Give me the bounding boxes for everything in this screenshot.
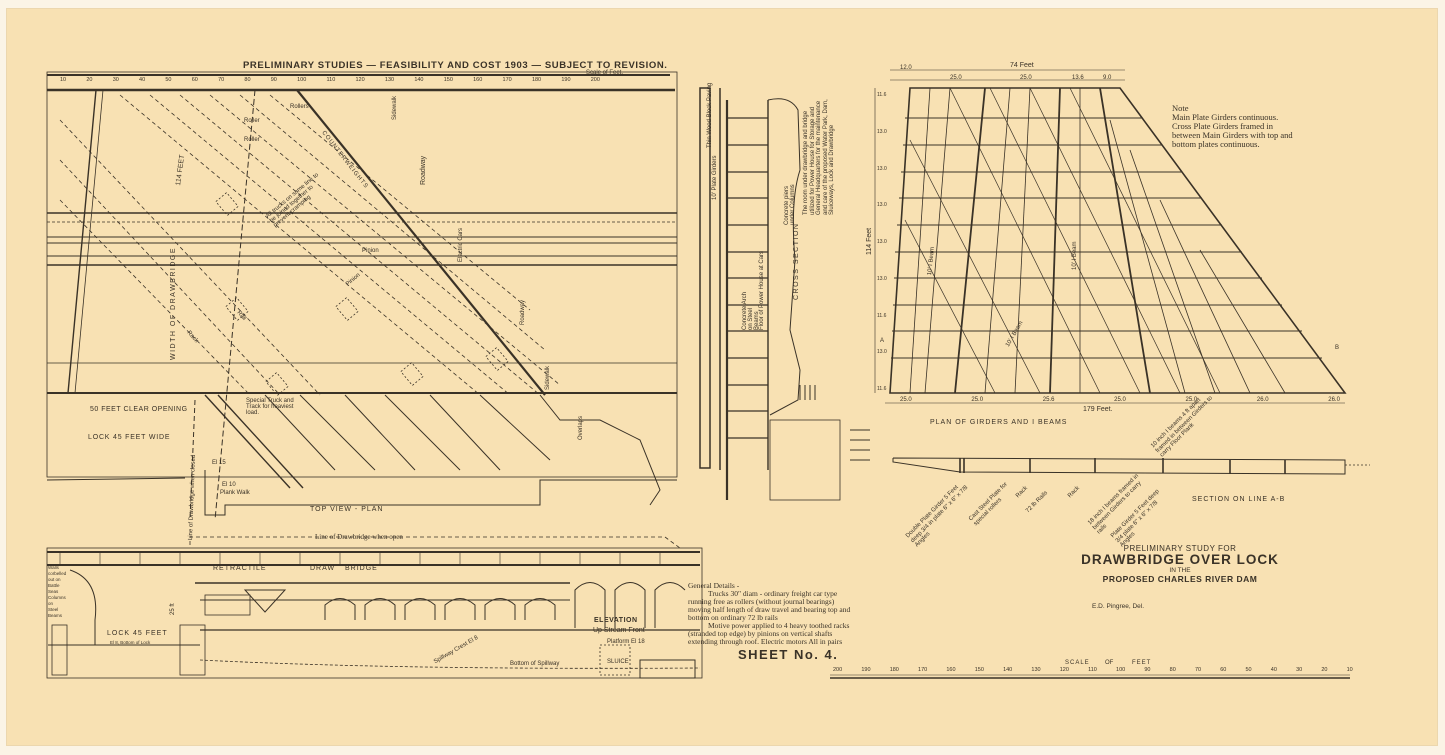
label-sluice: SLUICE	[607, 659, 629, 665]
scale-tick: 170	[503, 77, 512, 83]
left-dim-seg: 13.0	[877, 276, 887, 282]
bottom-dim-seg: 25.0	[971, 397, 983, 403]
label-lock-45: LOCK 45 FEET	[107, 630, 168, 637]
scale-tick: 150	[444, 77, 453, 83]
label-roller-1: Roller	[244, 118, 260, 124]
top-dim-seg-5: 9.0	[1103, 75, 1111, 81]
label-plank-walk: Plank Walk	[220, 490, 250, 496]
label-bridge: BRIDGE	[345, 565, 378, 572]
label-el-15: El 15	[212, 460, 226, 466]
label-electric-cars: Electric Cars	[458, 228, 464, 262]
left-dim-segments: 11.6 13.0 13.0 13.0 13.0 13.0 11.6 13.0 …	[877, 92, 887, 392]
sheet-number: SHEET No. 4.	[738, 647, 838, 662]
scale-tick: 140	[1003, 667, 1012, 673]
label-lock-width: LOCK 45 FEET WIDE	[88, 434, 170, 441]
scale-tick: 40	[139, 77, 145, 83]
scale-tick: 20	[86, 77, 92, 83]
point-a: A	[880, 338, 884, 344]
scale-tick: 110	[1088, 667, 1097, 673]
left-dim-seg: 13.0	[877, 166, 887, 172]
scale-tick: 160	[473, 77, 482, 83]
top-scale-ticks: 10 20 30 40 50 60 70 80 90 100 110 120 1…	[60, 77, 600, 83]
scale-tick: 100	[297, 77, 306, 83]
label-special-truck: Special Truck and Track for heaviest loa…	[246, 398, 306, 416]
left-dim-seg: 11.6	[877, 386, 887, 392]
scale-tick: 190	[861, 667, 870, 673]
label-retractile: RETRACTILE	[213, 565, 267, 572]
scale-tick: 180	[532, 77, 541, 83]
scale-tick: 110	[327, 77, 336, 83]
elevation-subtitle: Up Stream Front	[593, 627, 645, 634]
scale-tick: 90	[1144, 667, 1150, 673]
title-block: PRELIMINARY STUDY FOR DRAWBRIDGE OVER LO…	[1080, 544, 1280, 584]
label-wood-paving: Thin Wood Block Paving	[707, 83, 713, 148]
scale-tick: 150	[975, 667, 984, 673]
top-view-title: TOP VIEW - PLAN	[310, 506, 383, 513]
scale-tick: 170	[918, 667, 927, 673]
scale-of-feet-label: Scale of Feet.	[586, 70, 623, 76]
title-line-2: DRAWBRIDGE OVER LOCK	[1080, 553, 1280, 567]
bottom-dim-seg: 25.6	[1043, 397, 1055, 403]
scale-tick: 160	[946, 667, 955, 673]
bottom-scale-ticks: 200 190 180 170 160 150 140 130 120 110 …	[833, 667, 1353, 673]
elevation-title: ELEVATION	[594, 617, 638, 624]
label-draw: DRAW	[310, 565, 335, 572]
scale-tick: 30	[113, 77, 119, 83]
bottom-dim-seg: 26.0	[1328, 397, 1340, 403]
section-ab-title: SECTION ON LINE A-B	[1192, 496, 1285, 503]
label-sidewalk-bottom: Sidewalk	[545, 366, 551, 390]
note-line: bottom plates continuous.	[1172, 140, 1302, 149]
scale-tick: 60	[192, 77, 198, 83]
label-el-lock: El 8, Bottom of Lock	[110, 640, 150, 645]
scale-tick: 140	[414, 77, 423, 83]
scale-tick: 180	[890, 667, 899, 673]
scale-tick: 10	[60, 77, 66, 83]
scale-tick: 70	[1195, 667, 1201, 673]
label-roller-2: Roller	[244, 137, 260, 143]
scale-tick: 10	[1347, 667, 1353, 673]
scale-tick: 90	[271, 77, 277, 83]
bottom-dim-seg: 26.0	[1257, 397, 1269, 403]
label-bottom-spillway: Bottom of Spillway	[510, 661, 559, 667]
label-roadway-mid: Roadway	[520, 300, 526, 325]
bottom-dim-segments: 25.0 25.0 25.6 25.0 25.0 26.0 26.0	[900, 397, 1340, 403]
top-dim-overall: 74 Feet	[1010, 62, 1034, 69]
scale-tick: 200	[833, 667, 842, 673]
top-dim-seg-3: 25.0	[1020, 75, 1032, 81]
label-concrete-piers: Concrete piers under Columns	[784, 180, 796, 225]
scale-tick: 120	[356, 77, 365, 83]
point-b: B	[1335, 345, 1339, 351]
label-rollers: Rollers	[290, 104, 309, 110]
label-width-of-drawbridge: WIDTH OF DRAWBRIDGE	[170, 247, 177, 360]
bottom-scale-label-scale: SCALE	[1065, 660, 1090, 666]
left-dim-seg: 11.6	[877, 92, 887, 98]
scale-tick: 130	[385, 77, 394, 83]
girder-plan-title: PLAN OF GIRDERS AND I BEAMS	[930, 419, 1067, 426]
left-dim-seg: 13.0	[877, 202, 887, 208]
label-plate-girders: 10' Plate Girders	[712, 156, 718, 201]
scale-tick: 120	[1060, 667, 1069, 673]
scale-tick: 40	[1271, 667, 1277, 673]
left-dim-overall: 114 Feet	[866, 228, 873, 255]
left-dim-seg: 11.6	[877, 313, 887, 319]
label-walls-note: Walls corbelled out on Battle Seas Colum…	[48, 565, 62, 619]
bottom-dim-seg: 25.0	[1114, 397, 1126, 403]
top-dim-seg-4: 13.6	[1072, 75, 1084, 81]
label-height-25: 25 ft	[170, 603, 176, 615]
label-pinion: Pinion	[362, 248, 379, 254]
title-line-4: PROPOSED CHARLES RIVER DAM	[1080, 574, 1280, 584]
scale-tick: 70	[218, 77, 224, 83]
scale-tick: 80	[244, 77, 250, 83]
label-platform: Platform El 18	[607, 639, 645, 645]
scale-tick: 30	[1296, 667, 1302, 673]
label-roadway-top: Roadway	[420, 156, 427, 185]
label-overlaps: Overlaps	[578, 416, 584, 440]
scale-tick: 100	[1116, 667, 1125, 673]
general-details: General Details - Trucks 30" diam - ordi…	[688, 582, 853, 646]
bottom-dim-overall: 179 Feet.	[1083, 406, 1113, 413]
label-floor-power-house: Floor of Power House at Cars	[759, 251, 765, 330]
delineator: E.D. Pingree, Del.	[1092, 603, 1144, 610]
scale-tick: 50	[1246, 667, 1252, 673]
scale-tick: 20	[1321, 667, 1327, 673]
scale-tick: 200	[591, 77, 600, 83]
label-line-drawbridge-open: Line of Drawbridge when open	[315, 533, 403, 541]
label-i-beam-2: 10' I Beam	[1072, 242, 1078, 271]
left-dim-seg: 13.0	[877, 239, 887, 245]
bottom-scale-label-of: OF	[1105, 660, 1113, 666]
label-sidewalk-top: Sidewalk	[392, 96, 398, 120]
top-dim-seg-2: 25.0	[950, 75, 962, 81]
scale-tick: 80	[1170, 667, 1176, 673]
scale-tick: 60	[1220, 667, 1226, 673]
bottom-dim-seg: 25.0	[900, 397, 912, 403]
bottom-scale-label-feet: FEET	[1132, 660, 1151, 666]
left-dim-seg: 13.0	[877, 349, 887, 355]
title-line-3: IN THE	[1080, 567, 1280, 574]
label-el-10: El 10	[222, 482, 236, 488]
scale-tick: 130	[1031, 667, 1040, 673]
label-room-note: The room under drawbridge and bridge uti…	[803, 95, 836, 215]
label-concrete-arch: Concrete Arch on Steel Beams	[742, 290, 760, 330]
general-details-para-2: Motive power applied to 4 heavy toothed …	[688, 622, 853, 646]
scale-tick: 190	[561, 77, 570, 83]
general-details-para-1: Trucks 30" diam - ordinary freight car t…	[688, 590, 853, 622]
label-clear-opening: 50 FEET CLEAR OPENING	[90, 406, 188, 413]
top-dim-seg-1: 12.0	[900, 65, 912, 71]
left-dim-seg: 13.0	[877, 129, 887, 135]
girder-note: Note Main Plate Girders continuous. Cros…	[1172, 104, 1302, 149]
scale-tick: 50	[165, 77, 171, 83]
cross-section-title: CROSS SECTION	[793, 223, 800, 300]
